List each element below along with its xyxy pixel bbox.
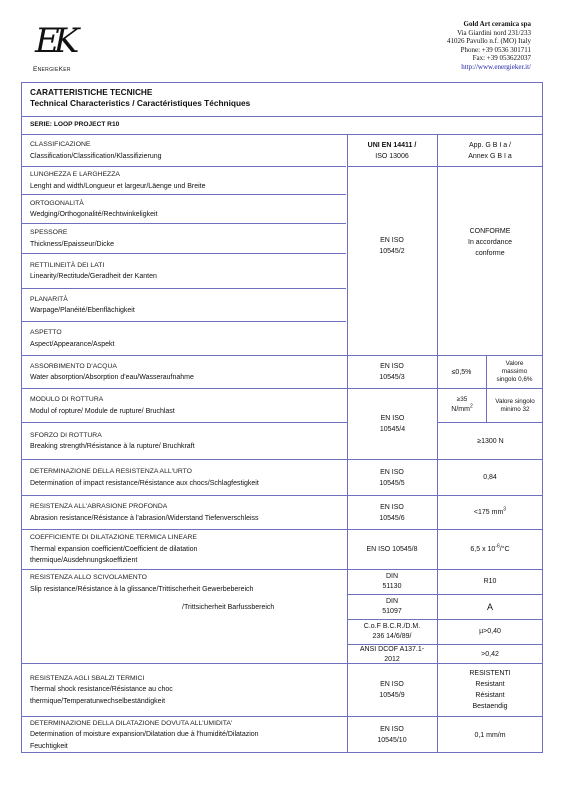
label-en: Determination of impact resistance/Résis… xyxy=(30,478,347,490)
value-exp: 3 xyxy=(503,507,506,513)
norm-cell: UNI EN 14411 / ISO 13006 xyxy=(347,135,437,166)
value-cell: ≥1300 N xyxy=(437,423,543,459)
row-urto: DETERMINAZIONE DELLA RESISTENZA ALL'URTO… xyxy=(22,459,542,495)
value-cell: 6,5 x 10-6/°C xyxy=(437,530,543,569)
norm-cell: EN ISO10545/10 xyxy=(347,717,437,753)
label-en: Thermal expansion coefficient/Coefficien… xyxy=(30,544,347,556)
note-3: singolo 0,6% xyxy=(496,376,532,384)
company-name: Gold Art ceramica spa xyxy=(447,20,531,29)
norm: EN ISO xyxy=(380,361,404,372)
company-fax: Fax: +39 053622037 xyxy=(447,54,531,63)
value: RESISTENTI xyxy=(469,668,510,679)
norm-2: 51097 xyxy=(382,607,401,617)
label-it: RESISTENZA ALLO SCIVOLAMENTO xyxy=(30,572,347,584)
label-cell: CLASSIFICAZIONE Classification/Classific… xyxy=(22,135,347,166)
norm-cell: EN ISO10545/3 xyxy=(347,356,437,388)
label-en: Breaking strength/Résistance à la ruptur… xyxy=(30,441,347,453)
row-spessore: SPESSOREThickness/Epaisseur/Dicke xyxy=(22,223,346,253)
value-cell: RESISTENTIResistantRésistantBestaendig xyxy=(437,664,543,716)
label-en: Determination of moisture expansion/Dila… xyxy=(30,729,347,741)
norm-2: ISO 13006 xyxy=(375,151,408,162)
norm-2: 10545/2 xyxy=(379,246,404,257)
slip-test-row: DIN51130R10 xyxy=(347,570,543,594)
norm-cell: EN ISO10545/6 xyxy=(347,496,437,529)
label-en: Wedging/Orthogonalité/Rechtwinkeligkeit xyxy=(30,209,347,221)
label-it: SPESSORE xyxy=(30,227,347,239)
slip-test-norm: ANSI DCOF A137.1-2012 xyxy=(347,645,437,664)
note: Valore xyxy=(506,360,524,368)
value-cell: 0,84 xyxy=(437,460,543,495)
label-en: Slip resistance/Résistance à la glissanc… xyxy=(30,584,347,596)
norm: DIN xyxy=(386,597,398,607)
row-assorbimento: ASSORBIMENTO D'ACQUAWater absorption/Abs… xyxy=(22,355,542,388)
label-cell: ASSORBIMENTO D'ACQUAWater absorption/Abs… xyxy=(22,356,347,388)
row-planarita: PLANARITÀWarpage/Planéité/Ebenflächigkei… xyxy=(22,288,346,321)
norm: EN ISO xyxy=(380,467,404,478)
norm: EN ISO xyxy=(380,724,404,735)
company-address: Via Giardini nord 231/233 xyxy=(447,29,531,38)
value: App. G B I a / xyxy=(469,140,511,151)
energieker-logo: EK EnergieKer xyxy=(27,22,107,78)
norm-2: 51130 xyxy=(383,582,402,592)
slip-test-value: R10 xyxy=(437,570,543,594)
norm: EN ISO xyxy=(380,235,404,246)
label-it: ASSORBIMENTO D'ACQUA xyxy=(30,361,347,373)
label-it: RETTILINEITÀ DEI LATI xyxy=(30,260,347,272)
note: Valore singolo xyxy=(495,398,534,406)
slip-test-norm: DIN51130 xyxy=(347,570,437,594)
value-2: In accordance xyxy=(468,237,512,248)
value: ≤0,5% xyxy=(452,367,472,378)
row-sforzo: SFORZO DI ROTTURABreaking strength/Résis… xyxy=(22,422,542,459)
title-en: Technical Characteristics / Caractéristi… xyxy=(30,98,250,109)
row-sbalzi: RESISTENZA AGLI SBALZI TERMICIThermal sh… xyxy=(22,663,542,716)
row-rettilineita: RETTILINEITÀ DEI LATILinearity/Rectitude… xyxy=(22,253,346,288)
label-en: Thermal shock resistance/Résistance au c… xyxy=(30,684,347,696)
value-cell: 0,1 mm/m xyxy=(437,717,543,753)
norm-2: 10545/9 xyxy=(379,690,404,701)
norm-cell: EN ISO 10545/2 xyxy=(347,167,437,325)
column-divider-1 xyxy=(347,134,348,752)
value: ≥1300 N xyxy=(477,436,503,447)
norm-cell: EN ISO10545/5 xyxy=(347,460,437,495)
label-it: RESISTENZA AGLI SBALZI TERMICI xyxy=(30,673,347,685)
value-unit: /°C xyxy=(500,546,510,553)
value-cell: App. G B I a / Annex G B I a xyxy=(437,135,543,166)
norm-2: 10545/3 xyxy=(379,372,404,383)
value-cell: ≤0,5% xyxy=(437,356,486,388)
value-2: Resistant xyxy=(475,679,504,690)
norm: EN ISO xyxy=(380,502,404,513)
slip-test-value: µ>0,40 xyxy=(437,620,543,644)
label-en: Aspect/Appearance/Aspekt xyxy=(30,339,347,351)
label-en: Lenght and width/Longueur et largeur/Läe… xyxy=(30,181,347,193)
slip-test-value: >0,42 xyxy=(437,645,543,664)
value: 0,1 mm/m xyxy=(474,730,505,741)
page-title: CARATTERISTICHE TECNICHE Technical Chara… xyxy=(30,87,250,108)
value-3: conforme xyxy=(475,248,504,259)
row-ortogonalita: ORTOGONALITÀWedging/Orthogonalité/Rechtw… xyxy=(22,194,346,223)
company-phone: Phone: +39 0536 301711 xyxy=(447,46,531,55)
row-scivolamento: RESISTENZA ALLO SCIVOLAMENTO Slip resist… xyxy=(22,569,542,663)
norm: UNI EN 14411 / xyxy=(368,140,417,151)
label-en: Warpage/Planéité/Ebenflächigkeit xyxy=(30,305,347,317)
label-cell: RESISTENZA ALL'ABRASIONE PROFONDAAbrasio… xyxy=(22,496,347,529)
label-en: Abrasion resistance/Résistance à l'abras… xyxy=(30,513,347,525)
norm-2: 10545/6 xyxy=(379,513,404,524)
label-cell: RETTILINEITÀ DEI LATILinearity/Rectitude… xyxy=(22,254,347,288)
dimensional-group-merged: EN ISO 10545/2 CONFORME In accordance co… xyxy=(347,166,542,355)
norm: C.o.F B.C.R./D.M. xyxy=(364,622,420,632)
slip-test-value: A xyxy=(437,595,543,619)
norm: EN ISO xyxy=(380,679,404,690)
label-it: DETERMINAZIONE DELLA RESISTENZA ALL'URTO xyxy=(30,466,347,478)
label-it: ORTOGONALITÀ xyxy=(30,198,347,210)
divider xyxy=(486,356,487,388)
norm-2: 10545/5 xyxy=(379,478,404,489)
rottura-norm-cell: EN ISO 10545/4 xyxy=(347,388,437,459)
logo-mark: EK xyxy=(35,22,73,60)
label-cell: RESISTENZA AGLI SBALZI TERMICIThermal sh… xyxy=(22,664,347,716)
norm-2: 10545/10 xyxy=(377,735,406,746)
value: CONFORME xyxy=(470,226,511,237)
norm: DIN xyxy=(386,572,398,582)
value-4: Bestaendig xyxy=(472,701,507,712)
value-unit: N/mm xyxy=(451,406,470,413)
label-it: LUNGHEZZA E LARGHEZZA xyxy=(30,169,347,181)
value: 0,84 xyxy=(483,472,497,483)
note-cell: Valoremassimosingolo 0,6% xyxy=(486,356,543,388)
norm-2: 236 14/6/89/ xyxy=(373,632,412,642)
label-it: SFORZO DI ROTTURA xyxy=(30,430,347,442)
label-it: PLANARITÀ xyxy=(30,294,347,306)
value: <175 mm xyxy=(474,509,503,516)
row-classificazione: CLASSIFICAZIONE Classification/Classific… xyxy=(22,134,542,166)
note-cell: Valore singolominimo 32 xyxy=(486,389,543,422)
row-aspetto: ASPETTOAspect/Appearance/Aspekt xyxy=(22,321,346,355)
label-en-2: thermique/Temperaturwechselbeständigkeit xyxy=(30,696,347,708)
label-en: Thickness/Epaisseur/Dicke xyxy=(30,239,347,251)
label-cell: ASPETTOAspect/Appearance/Aspekt xyxy=(22,322,347,355)
row-modulo: MODULO DI ROTTURAModul of ropture/ Modul… xyxy=(22,388,542,422)
label-cell: RESISTENZA ALLO SCIVOLAMENTO Slip resist… xyxy=(22,572,347,614)
label-cell: MODULO DI ROTTURAModul of ropture/ Modul… xyxy=(22,389,347,422)
title-row: CARATTERISTICHE TECNICHE Technical Chara… xyxy=(22,83,542,116)
title-it: CARATTERISTICHE TECNICHE xyxy=(30,87,250,98)
slip-test-row: C.o.F B.C.R./D.M.236 14/6/89/µ>0,40 xyxy=(347,619,543,644)
label-it: CLASSIFICAZIONE xyxy=(30,139,347,151)
value-exp: 2 xyxy=(470,404,473,410)
value: 6,5 x 10 xyxy=(470,546,495,553)
label-en-2: Feuchtigkeit xyxy=(30,741,347,753)
note-2: massimo xyxy=(502,368,527,376)
norm-cell: EN ISO10545/9 xyxy=(347,664,437,716)
company-city: 41026 Pavullo n.f. (MO) Italy xyxy=(447,37,531,46)
norm: ANSI DCOF A137.1- xyxy=(360,645,424,655)
norm-cell: EN ISO 10545/8 xyxy=(347,530,437,569)
value-3: Résistant xyxy=(475,690,504,701)
label-en: Linearity/Rectitude/Geradheit der Kanten xyxy=(30,271,347,283)
slip-tests: DIN51130R10DIN51097AC.o.F B.C.R./D.M.236… xyxy=(347,570,543,663)
label-en-2: /Trittsicherheit Barfussbereich xyxy=(30,602,347,614)
label-it: MODULO DI ROTTURA xyxy=(30,394,347,406)
serie-row: SERIE: LOOP PROJECT R10 xyxy=(22,116,542,134)
label-en: Classification/Classification/Klassifizi… xyxy=(30,151,347,163)
technical-sheet-table: CARATTERISTICHE TECNICHE Technical Chara… xyxy=(21,82,543,753)
value: ≥35 xyxy=(457,396,467,404)
norm-2: 10545/4 xyxy=(380,424,405,435)
value-cell: CONFORME In accordance conforme xyxy=(437,167,543,317)
label-cell: COEFFICIENTE DI DILATAZIONE TERMICA LINE… xyxy=(22,530,347,569)
slip-test-norm: DIN51097 xyxy=(347,595,437,619)
label-cell: DETERMINAZIONE DELLA RESISTENZA ALL'URTO… xyxy=(22,460,347,495)
label-en: Modul of ropture/ Module de rupture/ Bru… xyxy=(30,406,347,418)
label-cell: ORTOGONALITÀWedging/Orthogonalité/Rechtw… xyxy=(22,195,347,223)
column-divider-2 xyxy=(437,134,438,752)
slip-test-norm: C.o.F B.C.R./D.M.236 14/6/89/ xyxy=(347,620,437,644)
label-cell: DETERMINAZIONE DELLA DILATAZIONE DOVUTA … xyxy=(22,717,347,753)
row-dilatazione-termica: COEFFICIENTE DI DILATAZIONE TERMICA LINE… xyxy=(22,529,542,569)
norm: EN ISO xyxy=(381,413,405,424)
value-2: Annex G B I a xyxy=(468,151,512,162)
row-umidita: DETERMINAZIONE DELLA DILATAZIONE DOVUTA … xyxy=(22,716,542,753)
note-2: minimo 32 xyxy=(500,406,529,414)
label-it: DETERMINAZIONE DELLA DILATAZIONE DOVUTA … xyxy=(30,718,347,730)
label-cell: PLANARITÀWarpage/Planéité/Ebenflächigkei… xyxy=(22,289,347,321)
row-abrasione: RESISTENZA ALL'ABRASIONE PROFONDAAbrasio… xyxy=(22,495,542,529)
norm: EN ISO 10545/8 xyxy=(367,544,418,555)
label-it: COEFFICIENTE DI DILATAZIONE TERMICA LINE… xyxy=(30,532,347,544)
company-info: Gold Art ceramica spa Via Giardini nord … xyxy=(447,20,531,72)
row-lunghezza: LUNGHEZZA E LARGHEZZALenght and width/Lo… xyxy=(22,166,346,194)
label-en: Water absorption/Absorption d'eau/Wasser… xyxy=(30,372,347,384)
label-it: ASPETTO xyxy=(30,327,347,339)
value-cell: ≥35N/mm2 xyxy=(437,389,486,422)
serie-label: SERIE: LOOP PROJECT R10 xyxy=(30,121,119,128)
label-cell: SPESSOREThickness/Epaisseur/Dicke xyxy=(22,224,347,253)
label-en-2: thermique/Ausdehnungskoeffizient xyxy=(30,555,347,567)
label-cell: SFORZO DI ROTTURABreaking strength/Résis… xyxy=(22,423,347,459)
value-cell: <175 mm3 xyxy=(437,496,543,529)
company-website-link[interactable]: http://www.energieker.it/ xyxy=(447,63,531,72)
label-it: RESISTENZA ALL'ABRASIONE PROFONDA xyxy=(30,501,347,513)
label-cell: LUNGHEZZA E LARGHEZZALenght and width/Lo… xyxy=(22,167,347,194)
logo-text: EnergieKer xyxy=(33,66,71,73)
slip-test-row: ANSI DCOF A137.1-2012>0,42 xyxy=(347,644,543,664)
slip-test-row: DIN51097A xyxy=(347,594,543,619)
